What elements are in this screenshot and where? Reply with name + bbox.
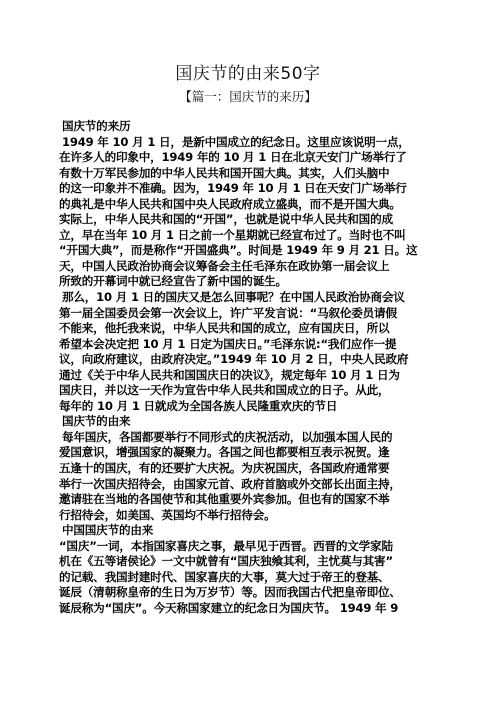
paragraph-line: 的典礼是中华人民共和国中央人民政府成立盛典，而不是开国大典。 bbox=[59, 197, 451, 213]
paragraph-line: 五逢十的国庆，有的还要扩大庆祝。为庆祝国庆，各国政府通常要 bbox=[59, 461, 451, 477]
section-heading: 国庆节的来历 bbox=[59, 119, 451, 135]
paragraph-line: 在许多人的印象中，1949 年的 10 月 1 日在北京天安门广场举行了 bbox=[59, 150, 451, 166]
paragraph-line: “国庆”一词，本指国家喜庆之事，最早见于西晋。西晋的文学家陆 bbox=[59, 539, 451, 555]
paragraph-line: 行招待会，如美国、英国均不举行招待会。 bbox=[59, 508, 451, 524]
paragraph-line: 每年的 10 月 1 日就成为全国各族人民隆重欢庆的节日 bbox=[59, 399, 451, 415]
paragraph-line: 邀请驻在当地的各国使节和其他重要外宾参加。但也有的国家不举 bbox=[59, 492, 451, 508]
paragraph-line: 1949 年 10 月 1 日，是新中国成立的纪念日。这里应该说明一点， bbox=[59, 135, 451, 151]
paragraph-line: 的这一印象并不准确。因为，1949 年 10 月 1 日在天安门广场举行 bbox=[59, 181, 451, 197]
paragraph-line: “开国大典”，而是称作“开国盛典”。时间是 1949 年 9 月 21 日。这 bbox=[59, 243, 451, 259]
paragraph-line: 诞辰（清朝称皇帝的生日为万岁节）等。因而我国古代把皇帝即位、 bbox=[59, 585, 451, 601]
paragraph-line: 立，早在当年 10 月 1 日之前一个星期就已经宣布过了。当时也不叫 bbox=[59, 228, 451, 244]
paragraph-line: 爱国意识，增强国家的凝聚力。各国之间也都要相互表示祝贺。逢 bbox=[59, 445, 451, 461]
document-subtitle: 【篇一：国庆节的来历】 bbox=[0, 89, 496, 105]
paragraph-line: 诞辰称为“国庆”。今天称国家建立的纪念日为国庆节。 1949 年 9 bbox=[59, 601, 451, 617]
document-page: 国庆节的由来50字 【篇一：国庆节的来历】 国庆节的来历1949 年 10 月 … bbox=[0, 0, 496, 702]
section-heading: 中国国庆节的由来 bbox=[59, 523, 451, 539]
paragraph-line: 第一届全国委员会第一次会议上，许广平发言说：“马叙伦委员请假 bbox=[59, 306, 451, 322]
paragraph-line: 议，向政府建议，由政府决定。”1949 年 10 月 2 日，中央人民政府 bbox=[59, 352, 451, 368]
document-body: 国庆节的来历1949 年 10 月 1 日，是新中国成立的纪念日。这里应该说明一… bbox=[59, 119, 451, 617]
paragraph-line: 天，中国人民政治协商会议筹备会主任毛泽东在政协第一届会议上 bbox=[59, 259, 451, 275]
paragraph-line: 的记载、我国封建时代、国家喜庆的大事，莫大过于帝王的登基、 bbox=[59, 570, 451, 586]
paragraph-line: 国庆日，并以这一天作为宣告中华人民共和国成立的日子。从此， bbox=[59, 383, 451, 399]
paragraph-line: 举行一次国庆招待会，由国家元首、政府首脑或外交部长出面主持， bbox=[59, 477, 451, 493]
paragraph-line: 所致的开幕词中就已经宣告了新中国的诞生。 bbox=[59, 274, 451, 290]
section-heading: 国庆节的由来 bbox=[59, 414, 451, 430]
paragraph-line: 有数十万军民参加的中华人民共和国开国大典。其实，人们头脑中 bbox=[59, 166, 451, 182]
paragraph-line: 每年国庆，各国都要举行不同形式的庆祝活动，以加强本国人民的 bbox=[59, 430, 451, 446]
paragraph-line: 通过《关于中华人民共和国国庆日的决议》，规定每年 10 月 1 日为 bbox=[59, 368, 451, 384]
paragraph-line: 实际上，中华人民共和国的“开国”，也就是说中华人民共和国的成 bbox=[59, 212, 451, 228]
document-title: 国庆节的由来50字 bbox=[0, 63, 496, 85]
paragraph-line: 那么，10 月 1 日的国庆又是怎么回事呢？在中国人民政治协商会议 bbox=[59, 290, 451, 306]
paragraph-line: 希望本会决定把 10 月 1 日定为国庆日。”毛泽东说:“我们应作一提 bbox=[59, 337, 451, 353]
paragraph-line: 不能来，他托我来说，中华人民共和国的成立，应有国庆日，所以 bbox=[59, 321, 451, 337]
paragraph-line: 机在《五等诸侯论》一文中就曾有“国庆独飨其利，主忧莫与其害” bbox=[59, 554, 451, 570]
